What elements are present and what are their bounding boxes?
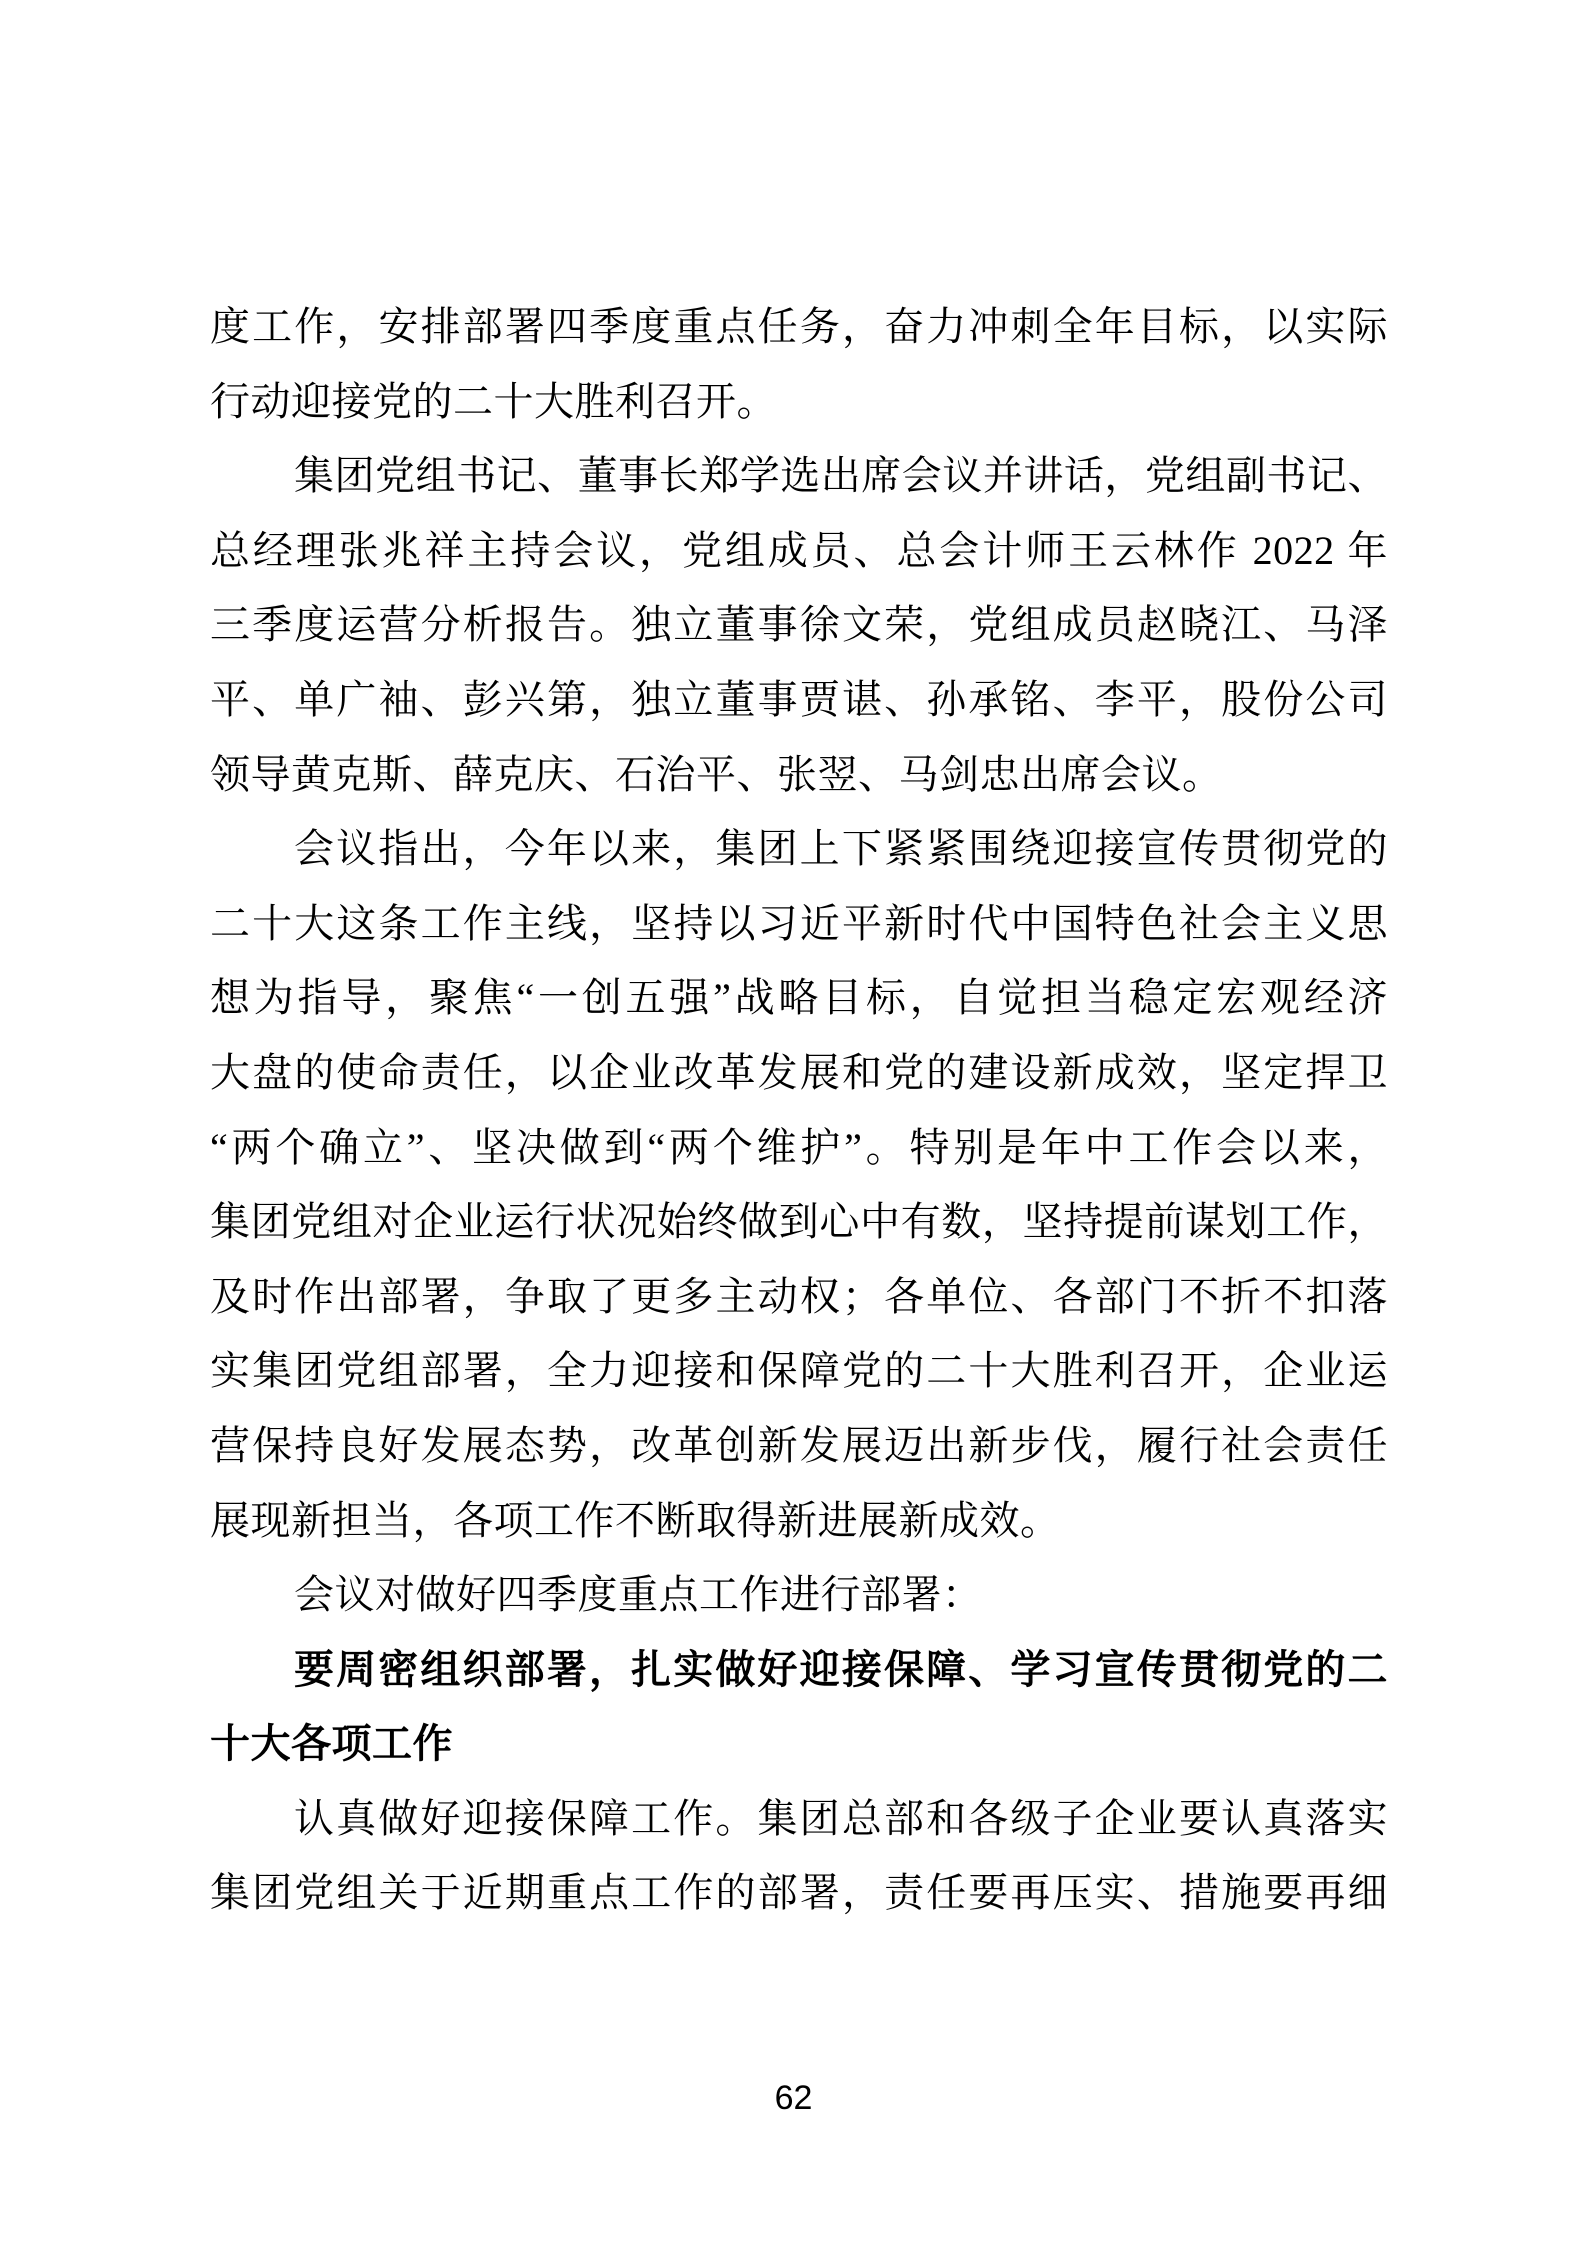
document-page: 度工作，安排部署四季度重点任务，奋力冲刺全年目标，以实际行动迎接党的二十大胜利召… [0,0,1587,2245]
text-line: 二十大这条工作主线，坚持以习近平新时代中国特色社会主义思 [210,887,1388,962]
text-line: 要周密组织部署，扎实做好迎接保障、学习宣传贯彻党的二 [210,1633,1388,1708]
text-line: 集团党组书记、董事长郑学选出席会议并讲话，党组副书记、 [210,439,1388,514]
text-line: 会议指出，今年以来，集团上下紧紧围绕迎接宣传贯彻党的 [210,812,1388,887]
body-paragraph: 会议对做好四季度重点工作进行部署： [210,1558,1388,1633]
text-line: “两个确立”、坚决做到“两个维护”。特别是年中工作会以来， [210,1111,1388,1186]
text-line: 营保持良好发展态势，改革创新发展迈出新步伐，履行社会责任 [210,1409,1388,1484]
text-line: 三季度运营分析报告。独立董事徐文荣，党组成员赵晓江、马泽 [210,588,1388,663]
text-line: 集团党组对企业运行状况始终做到心中有数，坚持提前谋划工作， [210,1185,1388,1260]
body-paragraph: 集团党组书记、董事长郑学选出席会议并讲话，党组副书记、总经理张兆祥主持会议，党组… [210,439,1388,812]
text-line: 会议对做好四季度重点工作进行部署： [210,1558,1388,1633]
text-line: 实集团党组部署，全力迎接和保障党的二十大胜利召开，企业运 [210,1334,1388,1409]
text-line: 十大各项工作 [210,1707,1388,1782]
text-line: 领导黄克斯、薛克庆、石治平、张翌、马剑忠出席会议。 [210,738,1388,813]
text-line: 度工作，安排部署四季度重点任务，奋力冲刺全年目标，以实际 [210,290,1388,365]
text-line: 认真做好迎接保障工作。集团总部和各级子企业要认真落实 [210,1782,1388,1857]
body-paragraph: 认真做好迎接保障工作。集团总部和各级子企业要认真落实集团党组关于近期重点工作的部… [210,1782,1388,1931]
text-line: 大盘的使命责任，以企业改革发展和党的建设新成效，坚定捍卫 [210,1036,1388,1111]
document-body: 度工作，安排部署四季度重点任务，奋力冲刺全年目标，以实际行动迎接党的二十大胜利召… [210,290,1388,1931]
page-number: 62 [0,2076,1587,2120]
body-paragraph: 度工作，安排部署四季度重点任务，奋力冲刺全年目标，以实际行动迎接党的二十大胜利召… [210,290,1388,439]
text-line: 集团党组关于近期重点工作的部署，责任要再压实、措施要再细 [210,1856,1388,1931]
text-line: 展现新担当，各项工作不断取得新进展新成效。 [210,1484,1388,1559]
text-line: 行动迎接党的二十大胜利召开。 [210,365,1388,440]
section-heading-paragraph: 要周密组织部署，扎实做好迎接保障、学习宣传贯彻党的二十大各项工作 [210,1633,1388,1782]
body-paragraph: 会议指出，今年以来，集团上下紧紧围绕迎接宣传贯彻党的二十大这条工作主线，坚持以习… [210,812,1388,1558]
text-line: 平、单广袖、彭兴第，独立董事贾谌、孙承铭、李平，股份公司 [210,663,1388,738]
text-line: 总经理张兆祥主持会议，党组成员、总会计师王云林作 2022 年 [210,514,1388,589]
text-line: 想为指导，聚焦“一创五强”战略目标，自觉担当稳定宏观经济 [210,961,1388,1036]
text-line: 及时作出部署，争取了更多主动权；各单位、各部门不折不扣落 [210,1260,1388,1335]
